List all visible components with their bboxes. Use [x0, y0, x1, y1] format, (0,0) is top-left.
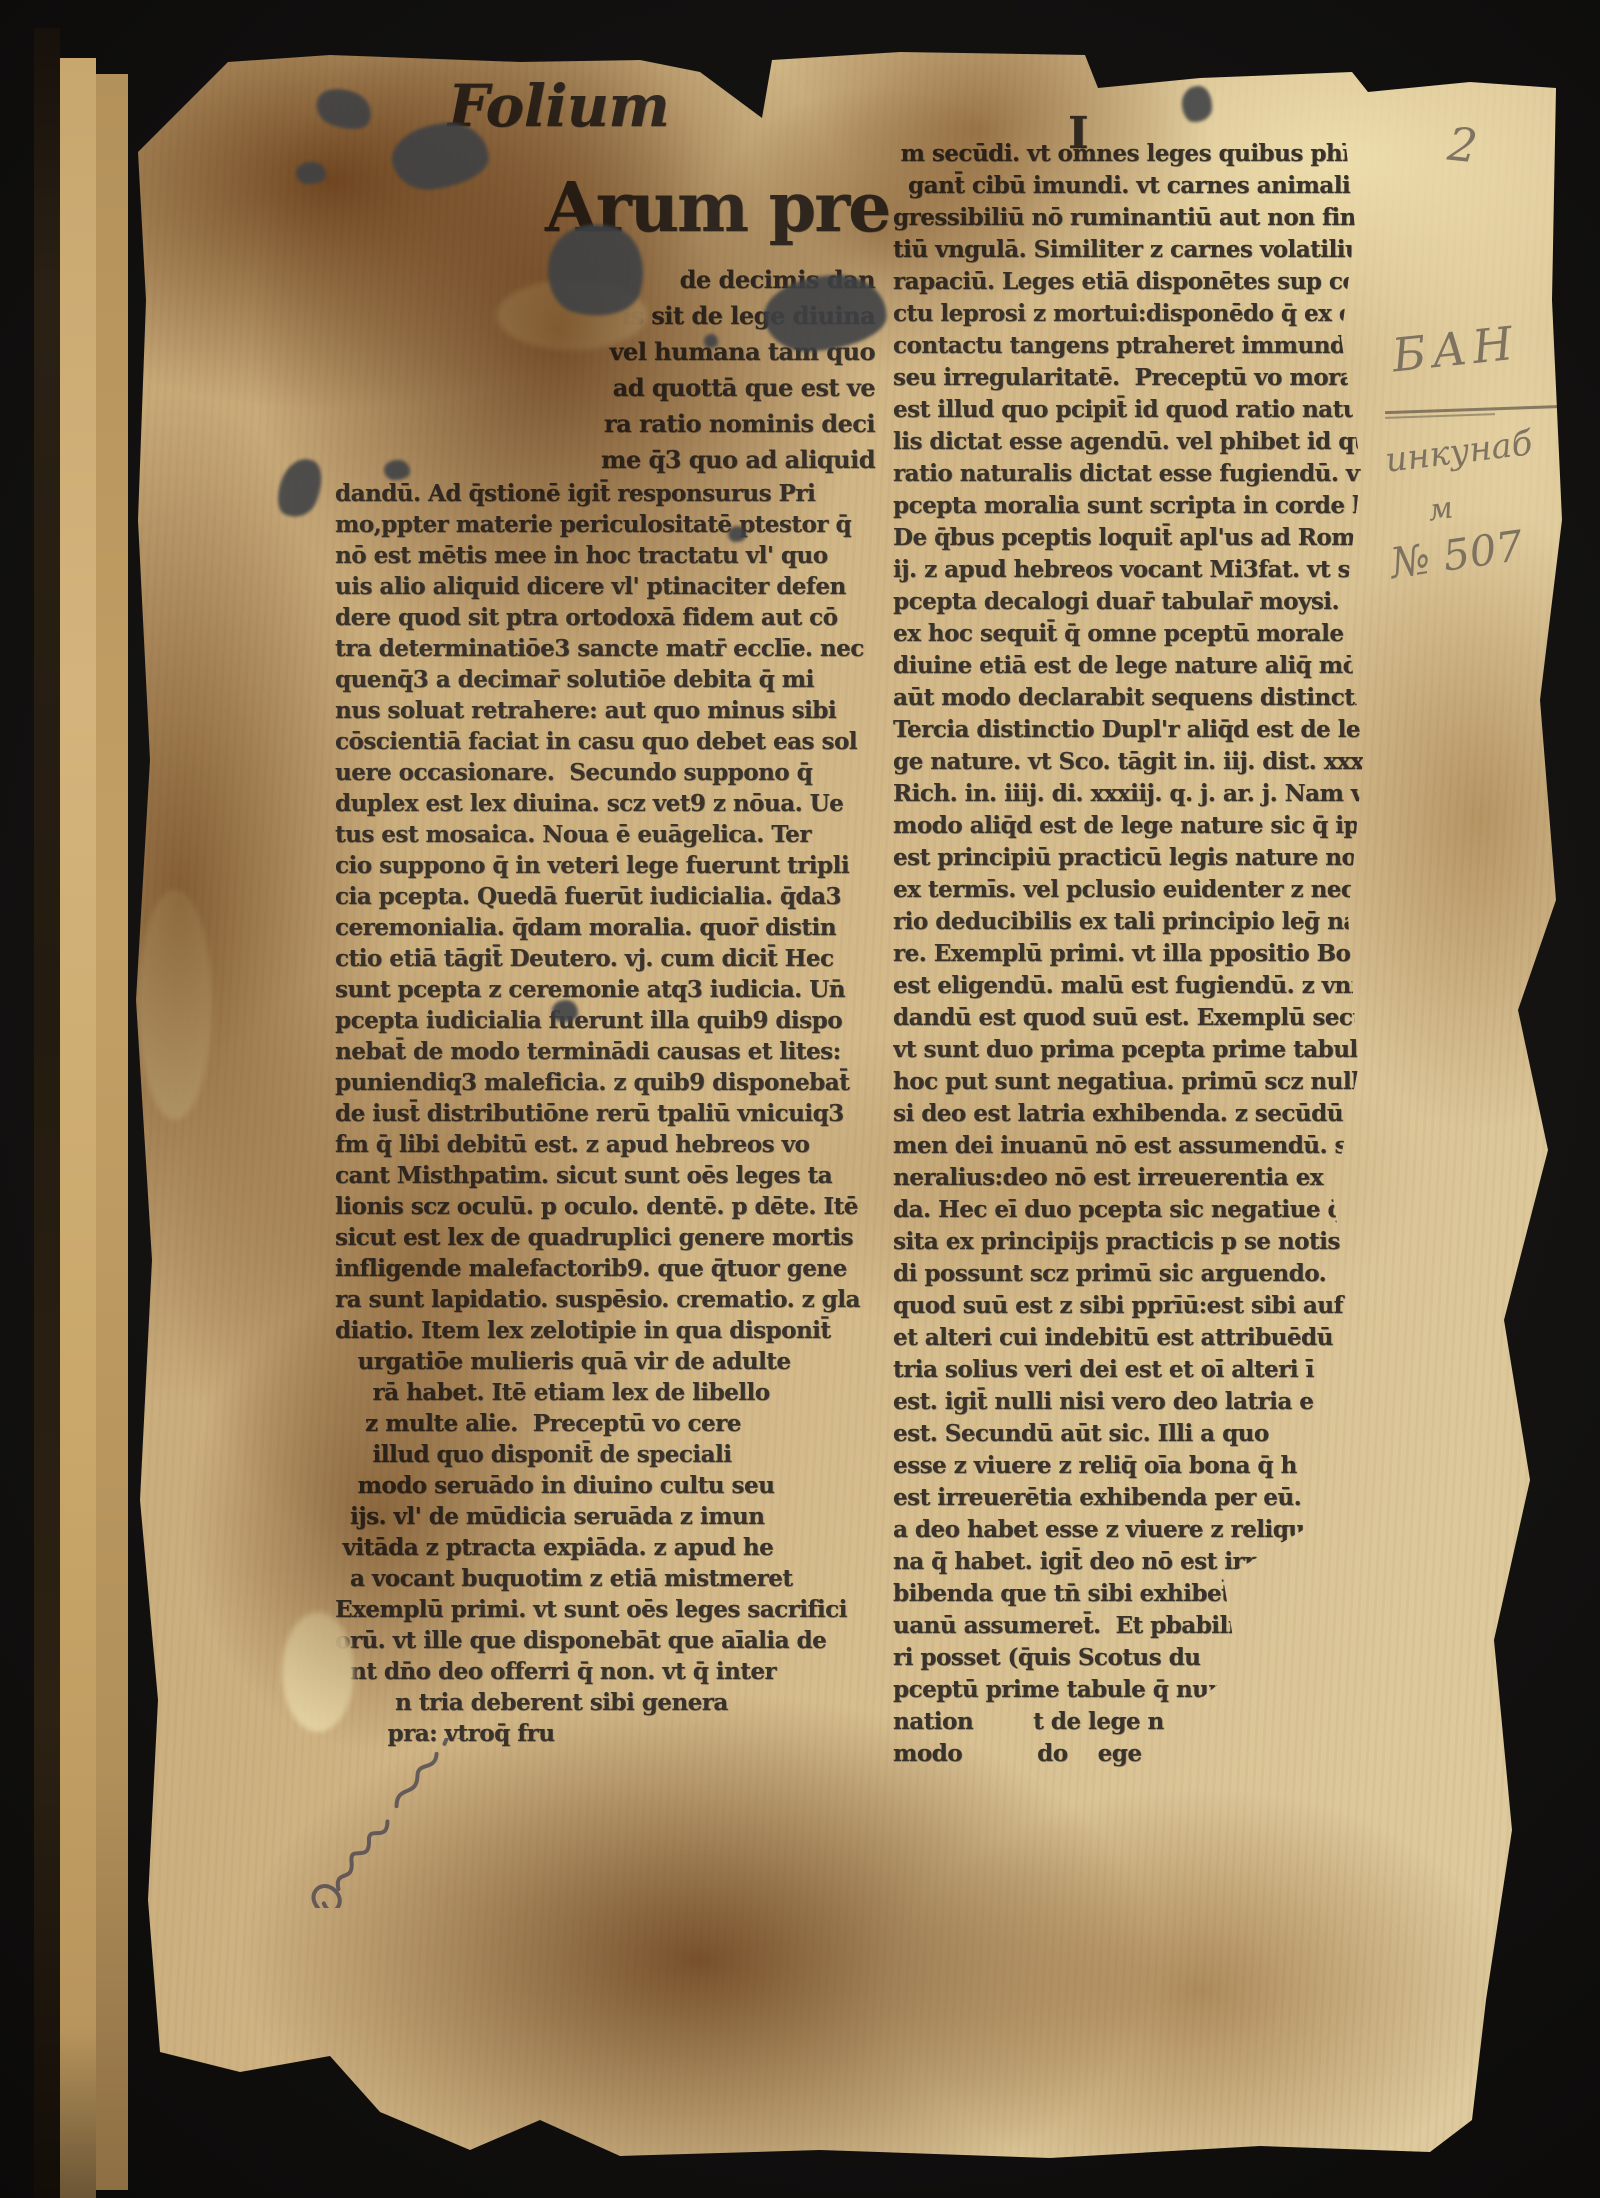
page-edge-strip-2	[96, 74, 128, 2190]
text-line: vitāda z ptracta expiāda. z apud he	[335, 1532, 880, 1563]
text-line: neralius:deo nō est irreuerentia ex	[893, 1162, 1393, 1194]
text-line: tus est mosaica. Noua ē euāgelica. Ter	[335, 819, 880, 850]
text-line: esse z viuere z reliq̄ oīa bona q̄ h	[893, 1450, 1393, 1482]
text-line: ra ratio nominis deci	[545, 406, 875, 442]
text-line: da. Hec eī duo pcepta sic negatiue q̄	[893, 1194, 1393, 1226]
text-line: nebat̄ de modo terminādi causas et lites…	[335, 1036, 880, 1067]
text-line: re. Exemplū primi. vt illa ppositio Bonū	[893, 938, 1393, 970]
text-line: pceptū prime tabule q̄ num	[893, 1674, 1393, 1706]
text-line: dere quod sit ptra ortodoxā fidem aut cō	[335, 602, 880, 633]
text-line: tria solius veri dei est et oī alteri ī	[893, 1354, 1393, 1386]
text-line: ra sunt lapidatio. suspēsio. crematio. z…	[335, 1284, 880, 1315]
ink-blot	[704, 334, 718, 348]
text-line: Exemplū primi. vt sunt oēs leges sacrifi…	[335, 1594, 880, 1625]
text-line: contactu tangens ptraheret immundiciā	[893, 330, 1393, 362]
text-line: ctio etiā tāgit̄ Deutero. vj. cum dicit̄…	[335, 943, 880, 974]
text-line: nt dn̄o deo offerri q̄ non. vt q̄ inter	[335, 1656, 880, 1687]
ink-blot	[296, 162, 326, 184]
text-line: de iust̄ distributiōne rerū tpaliū vnicu…	[335, 1098, 880, 1129]
text-line: ratio naturalis dictat esse fugiendū. vn…	[893, 458, 1393, 490]
photo-backdrop: Folium I Arum pre de decimis danis sit d…	[0, 0, 1600, 2198]
text-line: infligende malefactorib9. que q̄tuor gen…	[335, 1253, 880, 1284]
text-line: tiū vngulā. Similiter z carnes volatiliu…	[893, 234, 1393, 266]
text-line: uere occasionare. Secundo suppono q̄	[335, 757, 880, 788]
text-line: est principiū practicū legis nature notu…	[893, 842, 1393, 874]
paper-hole	[138, 890, 212, 1120]
text-line: ge nature. vt Sco. tāgit in. iij. dist. …	[893, 746, 1393, 778]
paper-hole	[282, 1612, 354, 1732]
margin-note-line-1: инкунаб	[1383, 423, 1535, 481]
text-line: lionis scz oculū. p oculo. dentē. p dēte…	[335, 1191, 880, 1222]
text-line: n tria deberent sibi genera	[335, 1687, 880, 1718]
text-line: ri posset (q̄uis Scotus du	[893, 1642, 1393, 1674]
text-line: puniendiq3 maleficia. z quib9 disponebat…	[335, 1067, 880, 1098]
text-line: rapaciū. Leges etiā disponētes sup conta	[893, 266, 1393, 298]
text-line: Rich. in. iiij. di. xxxiij. q. j. ar. j.…	[893, 778, 1393, 810]
text-line: nus soluat retrahere: aut quo minus sibi	[335, 695, 880, 726]
text-line: orū. vt ille que disponebāt que aīalia d…	[335, 1625, 880, 1656]
text-line: est irreuerētia exhibenda per eū.	[893, 1482, 1393, 1514]
text-line: dandū est quod suū est. Exemplū secū	[893, 1002, 1393, 1034]
text-line: est. Secundū aūt sic. Illi a quo	[893, 1418, 1393, 1450]
margin-note-line-2: м	[1426, 490, 1456, 528]
text-line: diuine etiā est de lege nature aliq̄ mō.…	[893, 650, 1393, 682]
text-line: pcepta decalogi duar̄ tabular̄ moysi. Et	[893, 586, 1393, 618]
note-underline-2	[1385, 413, 1495, 419]
handwritten-scribble	[268, 1738, 528, 1908]
text-line: gant̄ cibū imundi. vt carnes animaliu3	[893, 170, 1393, 202]
text-line: sita ex principijs practicis p se notis	[893, 1226, 1393, 1258]
text-line: bibenda que tn̄ sibi exhibet̄ si	[893, 1578, 1393, 1610]
text-line: est eligendū. malū est fugiendū. z vnicu…	[893, 970, 1393, 1002]
text-line: seu irregularitatē. Preceptū vo morale	[893, 362, 1393, 394]
text-line: mo,ppter materie periculositatē ptestor …	[335, 509, 880, 540]
text-line: diatio. Item lex zelotipie in qua dispon…	[335, 1315, 880, 1346]
text-line: sicut est lex de quadruplici genere mort…	[335, 1222, 880, 1253]
text-line: illud quo disponit̄ de speciali	[335, 1439, 880, 1470]
shelfmark-note: № 507	[1387, 521, 1526, 588]
text-line: ijs. vl' de mūdicia seruāda z imun	[335, 1501, 880, 1532]
text-line: duplex est lex diuina. scz vet9 z nōua. …	[335, 788, 880, 819]
text-line: me q̄3 quo ad aliquid	[545, 442, 875, 478]
text-line: lis dictat esse agendū. vel phibet id qu…	[893, 426, 1393, 458]
text-line: uis alio aliquid dicere vl' ptinaciter d…	[335, 571, 880, 602]
text-line: z multe alie. Preceptū vo cere	[335, 1408, 880, 1439]
ink-blot	[384, 460, 410, 480]
text-line: ceremonialia. q̄dam moralia. quor̄ disti…	[335, 912, 880, 943]
text-line: dandū. Ad q̄stionē igit̄ responsurus Pri	[335, 478, 880, 509]
text-line: ad quottā que est ve	[545, 370, 875, 406]
text-line: ex termīs. vel pclusio euidenter z neces…	[893, 874, 1393, 906]
right-column: m secūdi. vt omnes leges quibus phī gant…	[893, 138, 1393, 1770]
text-line: cōscientiā faciat in casu quo debet eas …	[335, 726, 880, 757]
library-mark-note: БАН	[1390, 316, 1522, 383]
ink-blot	[311, 82, 376, 135]
text-line: est illud quo pcipit̄ id quod ratio natu…	[893, 394, 1393, 426]
text-line: nation t de lege n	[893, 1706, 1393, 1738]
text-line: gressibiliū nō ruminantiū aut non finden	[893, 202, 1393, 234]
text-line: vt sunt duo prima pcepta prime tabule. e…	[893, 1034, 1393, 1066]
text-line: et alteri cui indebitū est attribuēdū	[893, 1322, 1393, 1354]
text-line: est. igit̄ nulli nisi vero deo latria e	[893, 1386, 1393, 1418]
ink-blot	[552, 1000, 578, 1022]
manuscript-page: Folium I Arum pre de decimis danis sit d…	[0, 0, 1600, 2198]
text-line: si deo est latria exhibenda. z secūdū sc…	[893, 1098, 1393, 1130]
ink-blot	[271, 453, 329, 523]
running-title: Folium	[448, 72, 669, 140]
text-line: De q̄bus pceptis loquit̄ apl'us ad Rom.	[893, 522, 1393, 554]
text-line: uanū assumeret̄. Et pbabilit̄	[893, 1610, 1393, 1642]
text-line: modo do ege	[893, 1738, 1393, 1770]
text-line: cant Misthpatim. sicut sunt oēs leges ta	[335, 1160, 880, 1191]
text-line: quenq̄3 a decimar̄ solutiōe debita q̄ mi	[335, 664, 880, 695]
text-line: modo seruādo in diuino cultu seu	[335, 1470, 880, 1501]
text-line: di possunt scz primū sic arguendo.	[893, 1258, 1393, 1290]
text-line: ex hoc sequit̄ q̄ omne pceptū morale leḡ	[893, 618, 1393, 650]
text-line: aūt modo declarabit sequens distinctio.	[893, 682, 1393, 714]
text-line: men dei inuanū nō est assumendū. se	[893, 1130, 1393, 1162]
text-line: hoc put sunt negatiua. primū scz nulli n…	[893, 1066, 1393, 1098]
ink-blot	[1182, 86, 1212, 122]
text-line: modo aliq̄d est de lege nature sic q̄ ip…	[893, 810, 1393, 842]
ink-blot	[728, 526, 746, 542]
page-edge-strip	[60, 58, 96, 2198]
text-line: cio suppono q̄ in veteri lege fuerunt tr…	[335, 850, 880, 881]
text-line: nō est mētis mee in hoc tractatu vl' quo	[335, 540, 880, 571]
text-line: pcepta moralia sunt scripta in corde hoī…	[893, 490, 1393, 522]
text-line: sunt pcepta z ceremonie atq3 iudicia. Un…	[335, 974, 880, 1005]
text-line: Tercia distinctio Dupl'r aliq̄d est de l…	[893, 714, 1393, 746]
note-underline	[1385, 405, 1565, 414]
text-line: a vocant buquotim z etiā mistmeret	[335, 1563, 880, 1594]
text-line: quod suū est z sibi pprīū:est sibi auf	[893, 1290, 1393, 1322]
text-line: rā habet. Itē etiam lex de libello	[335, 1377, 880, 1408]
text-line: pcepta iudicialia fuerunt illa quib9 dis…	[335, 1005, 880, 1036]
text-line: na q̄ habet. igit̄ deo nō est irre	[893, 1546, 1393, 1578]
text-line: urgatiōe mulieris quā vir de adulte	[335, 1346, 880, 1377]
pencil-folio-number: 2	[1445, 117, 1480, 174]
text-line: cia pcepta. Quedā fuerūt iudicialia. q̄d…	[335, 881, 880, 912]
text-line: ij. z apud hebreos vocant Mi3fat. vt sūt	[893, 554, 1393, 586]
text-line: m secūdi. vt omnes leges quibus phī	[893, 138, 1393, 170]
book-spine	[34, 28, 60, 2198]
text-line: fm q̄ libi debitū est. z apud hebreos vo	[335, 1129, 880, 1160]
text-line: a deo habet esse z viuere z reliqu	[893, 1514, 1393, 1546]
text-line: rio deducibilis ex tali principio leḡ na…	[893, 906, 1393, 938]
left-column: dandū. Ad q̄stionē igit̄ responsurus Pri…	[335, 478, 880, 1749]
text-line: tra determinatiōe3 sancte matr̄ ecclīe. …	[335, 633, 880, 664]
text-line: ctu leprosi z mortui:disponēdo q̄ ex eor…	[893, 298, 1393, 330]
